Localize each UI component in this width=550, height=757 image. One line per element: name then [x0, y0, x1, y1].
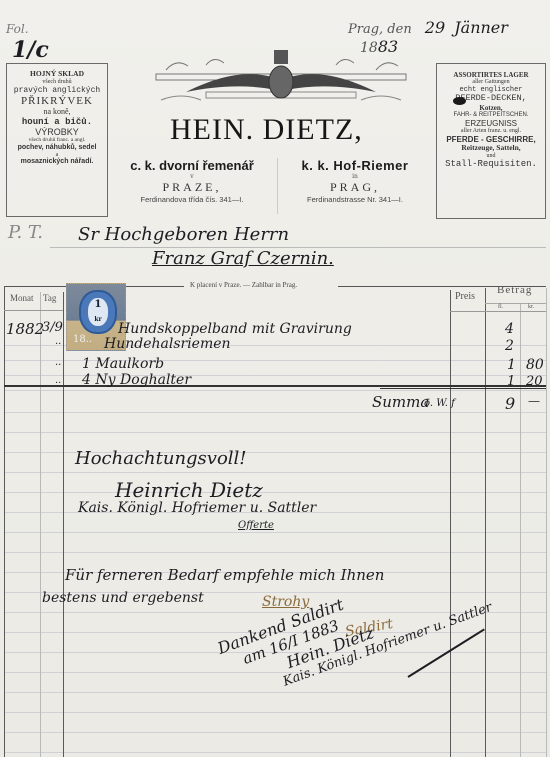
- place-label: Prag, den: [348, 22, 412, 37]
- row-day: 3/9: [42, 320, 63, 335]
- right-box-line: ASSORTIRTES LAGER: [437, 71, 545, 79]
- total-ref: ö. W. f: [424, 398, 455, 409]
- right-box-line: aller Gattungen: [437, 79, 545, 86]
- row-kr: 80: [526, 357, 544, 373]
- row-fl: 1: [507, 357, 516, 373]
- firm-name: HEIN. DIETZ,: [170, 113, 363, 147]
- czech-title: c. k. dvorní řemenář: [112, 158, 272, 173]
- column-header-day: Tag: [43, 293, 56, 303]
- right-box-line: FAHR- & REITPEITSCHEN.: [437, 112, 545, 119]
- closing-extra: Offerte: [238, 520, 274, 531]
- right-box-line: Stall-Requisiten.: [437, 159, 545, 169]
- german-address: Ferdinandstrasse Nr. 341—I.: [280, 195, 430, 204]
- left-box-line: mosaznických nářadí.: [7, 158, 107, 166]
- left-box-line: pochev, náhubků, sedel: [7, 144, 107, 152]
- german-city: PRAG,: [280, 180, 430, 195]
- column-header-month: Monat: [10, 293, 34, 303]
- invoice-page: Fol. 1/c Prag, den 29 Jänner 1883 HOJNÝ …: [0, 0, 550, 757]
- header-czech: c. k. dvorní řemenář v PRAZE, Ferdinando…: [112, 158, 272, 204]
- czech-prep: v: [112, 173, 272, 180]
- recipient-prefix: P. T.: [8, 222, 43, 243]
- note-line1: Für ferneren Bedarf empfehle mich Ihnen: [65, 566, 384, 584]
- left-box-line: HOJNÝ SKLAD: [7, 70, 107, 79]
- german-prep: in: [280, 173, 430, 180]
- total-kr: —: [528, 394, 540, 408]
- row-day: ..: [55, 375, 61, 386]
- total-label: Summa: [372, 393, 429, 411]
- column-header-price: Preis: [455, 291, 475, 302]
- german-title: k. k. Hof-Riemer: [280, 158, 430, 173]
- total-fl: 9: [505, 394, 515, 413]
- left-box-line: pravých anglických: [7, 86, 107, 95]
- closing-signature: Heinrich Dietz: [115, 478, 263, 502]
- row-day: ..: [55, 336, 61, 347]
- row-fl: 2: [505, 338, 514, 354]
- row-fl: 4: [505, 321, 514, 337]
- recipient-line1: Sr Hochgeboren Herrn: [78, 224, 289, 245]
- row-description: 1 Maulkorb: [82, 356, 164, 372]
- left-box-line: PŘIKRÝVEK: [7, 95, 107, 108]
- stamp-year: 18..: [73, 334, 92, 345]
- left-box-line: VÝROBKY: [7, 127, 107, 137]
- left-box-line: na koně,: [7, 107, 107, 116]
- row-month: 1882: [6, 320, 44, 338]
- recipient-line2: Franz Graf Czernin.: [152, 248, 334, 269]
- header-divider: [277, 158, 278, 214]
- left-box-line: a: [7, 152, 107, 159]
- folio: Fol. 1/c: [6, 18, 74, 64]
- right-box-line: aller Arten franz. u. engl.: [437, 128, 545, 135]
- note-line2: bestens und ergebenst: [42, 590, 204, 606]
- czech-address: Ferdinandova třída čís. 341—I.: [112, 195, 272, 204]
- row-description: Hundehalsriemen: [104, 336, 231, 352]
- row-day: ..: [55, 357, 61, 368]
- row-kr: 20: [526, 374, 543, 389]
- date-month: Jänner: [454, 18, 508, 37]
- date-day: 29: [425, 18, 445, 37]
- folio-label: Fol.: [6, 22, 29, 36]
- stamp-value: 1: [95, 299, 102, 310]
- row-fl: 1: [507, 374, 515, 389]
- payable-note: K placení v Praze. — Zahlbar in Prag.: [190, 281, 297, 289]
- eagle-crest-icon: [146, 40, 416, 110]
- header-german: k. k. Hof-Riemer in PRAG, Ferdinandstras…: [280, 158, 430, 204]
- right-box-line: ERZEUGNISS: [437, 119, 545, 128]
- right-box-line: Reitzeuge, Satteln,: [437, 144, 545, 153]
- left-advert-box: HOJNÝ SKLAD všech druhů pravých anglický…: [6, 63, 108, 217]
- row-description: 4 Ny Doghalter: [82, 372, 191, 388]
- column-header-kr: kr.: [528, 304, 534, 310]
- right-box-line: und: [437, 153, 545, 160]
- right-advert-box: ASSORTIRTES LAGER aller Gattungen echt e…: [436, 63, 546, 219]
- column-header-fl: fl.: [498, 304, 503, 310]
- right-box-line: Kotzen,: [437, 104, 545, 112]
- left-box-line: všech druhů: [7, 79, 107, 86]
- ink-blot: [453, 97, 466, 105]
- stamp-unit: kr: [94, 316, 101, 323]
- column-header-amount: Betrag: [497, 284, 532, 296]
- left-box-line: houní a bičů.: [7, 117, 107, 127]
- stamp-oval: 1 kr: [79, 290, 117, 334]
- closing-greeting: Hochachtungsvoll!: [75, 448, 247, 469]
- closing-title: Kais. Königl. Hofriemer u. Sattler: [78, 500, 316, 516]
- folio-value: 1/c: [12, 37, 49, 63]
- czech-city: PRAZE,: [112, 180, 272, 195]
- row-description: Hundskoppelband mit Gravirung: [118, 321, 352, 337]
